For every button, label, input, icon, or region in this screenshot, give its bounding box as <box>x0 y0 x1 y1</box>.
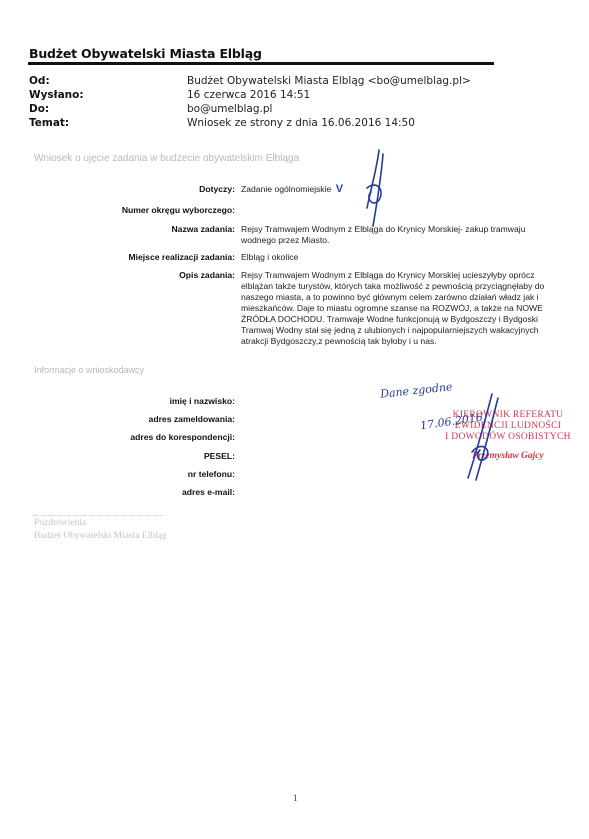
task-section-title: Wniosek o ujęcie zadania w budżecie obyw… <box>34 153 299 164</box>
footer-signature: Budżet Obywatelski Miasta Elbląg <box>34 531 167 541</box>
field-label: imię i nazwisko: <box>170 396 235 407</box>
field-label: nr telefonu: <box>188 469 235 480</box>
field-adres-email: adres e-mail: <box>0 487 589 499</box>
header-to-label: Do: <box>29 102 49 116</box>
header-sent-value: 16 czerwca 2016 14:51 <box>187 88 310 102</box>
field-value: Elbląg i okolice <box>241 252 541 263</box>
field-label: PESEL: <box>204 451 235 462</box>
field-label: adres zameldowania: <box>149 414 235 425</box>
header-from-value: Budżet Obywatelski Miasta Elbląg <bo@ume… <box>187 74 471 88</box>
handwritten-signature-icon <box>355 148 395 228</box>
field-label: Nazwa zadania: <box>171 224 235 235</box>
field-label: Opis zadania: <box>179 270 235 281</box>
field-label: Numer okręgu wyborczego: <box>122 205 235 216</box>
field-nazwa-zadania: Nazwa zadania: Rejsy Tramwajem Wodnym z … <box>0 224 589 248</box>
approval-signature-icon <box>462 392 502 482</box>
header-from-label: Od: <box>29 74 50 88</box>
field-label: adres do korespondencji: <box>130 432 235 443</box>
scanned-document-page: Budżet Obywatelski Miasta Elbląg Od: Bud… <box>0 0 589 839</box>
header-subject-value: Wniosek ze strony z dnia 16.06.2016 14:5… <box>187 116 415 130</box>
document-title: Budżet Obywatelski Miasta Elbląg <box>29 46 262 61</box>
footer-divider <box>33 515 163 516</box>
field-label: Dotyczy: <box>199 184 235 195</box>
field-miejsce-realizacji: Miejsce realizacji zadania: Elbląg i oko… <box>0 252 589 264</box>
field-value-text: Zadanie ogólnomiejskie <box>241 184 331 194</box>
header-subject-label: Temat: <box>29 116 69 130</box>
field-label: adres e-mail: <box>182 487 235 498</box>
field-numer-okregu: Numer okręgu wyborczego: <box>0 205 589 217</box>
applicant-section-title: Informacje o wnioskodawcy <box>34 365 144 375</box>
field-opis-zadania: Opis zadania: Rejsy Tramwajem Wodnym z E… <box>0 270 589 342</box>
field-dotyczy: Dotyczy: Zadanie ogólnomiejskie V <box>0 184 589 196</box>
field-label: Miejsce realizacji zadania: <box>128 252 235 263</box>
stamp-name: Przemysław Gajcy <box>428 451 588 461</box>
header-sent-label: Wysłano: <box>29 88 84 102</box>
page-number: 1 <box>293 793 298 803</box>
footer-greeting: Pozdrowienia <box>34 518 86 528</box>
field-value: Rejsy Tramwajem Wodnym z Elbląga do Kryn… <box>241 270 547 347</box>
handwritten-check-icon: V <box>336 183 343 195</box>
title-divider <box>28 62 494 65</box>
stamp-line-3: I DOWODÓW OSOBISTYCH <box>428 432 588 443</box>
header-to-value: bo@umelblag.pl <box>187 102 272 116</box>
